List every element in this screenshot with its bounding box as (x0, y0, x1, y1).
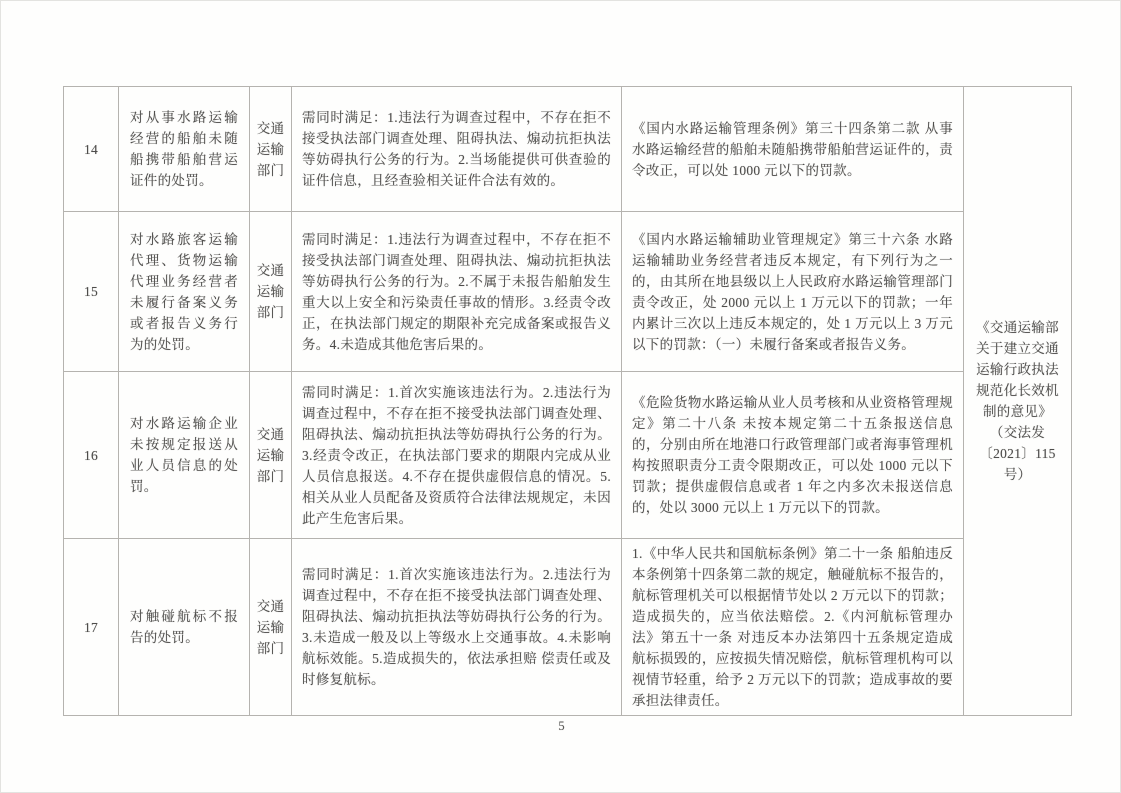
table-row: 16 对水路运输企业未按规定报送从业人员信息的处罚。 交通运输部门 需同时满足：… (64, 372, 1072, 539)
row-conditions: 需同时满足：1.首次实施该违法行为。2.违法行为调查过程中，不存在拒不接受执法部… (292, 372, 622, 539)
row-department: 交通运输部门 (250, 87, 292, 212)
penalty-table: 14 对从事水路运输经营的船舶未随船携带船舶营运证件的处罚。 交通运输部门 需同… (63, 86, 1072, 716)
table-row: 14 对从事水路运输经营的船舶未随船携带船舶营运证件的处罚。 交通运输部门 需同… (64, 87, 1072, 212)
row-basis: 《国内水路运输管理条例》第三十四条第二款 从事水路运输经营的船舶未随船携带船舶营… (622, 87, 964, 212)
row-conditions: 需同时满足：1.违法行为调查过程中，不存在拒不接受执法部门调查处理、阻碍执法、煽… (292, 87, 622, 212)
row-conditions: 需同时满足：1.违法行为调查过程中，不存在拒不接受执法部门调查处理、阻碍执法、煽… (292, 212, 622, 372)
row-item: 对从事水路运输经营的船舶未随船携带船舶营运证件的处罚。 (119, 87, 250, 212)
row-item: 对触碰航标不报告的处罚。 (119, 539, 250, 716)
row-item: 对水路运输企业未按规定报送从业人员信息的处罚。 (119, 372, 250, 539)
row-seq: 15 (64, 212, 119, 372)
row-seq: 16 (64, 372, 119, 539)
row-basis: 《国内水路运输辅助业管理规定》第三十六条 水路运输辅助业务经营者违反本规定，有下… (622, 212, 964, 372)
page-number: 5 (1, 719, 1121, 734)
row-seq: 14 (64, 87, 119, 212)
scanned-document-page: 14 对从事水路运输经营的船舶未随船携带船舶营运证件的处罚。 交通运输部门 需同… (0, 0, 1121, 793)
row-item: 对水路旅客运输代理、货物运输代理业务经营者未履行备案义务或者报告义务行为的处罚。 (119, 212, 250, 372)
remark-cell: 《交通运输部关于建立交通运输行政执法规范化长效机制的意见》（交法发〔2021〕1… (964, 87, 1072, 716)
row-department: 交通运输部门 (250, 372, 292, 539)
row-conditions: 需同时满足：1.首次实施该违法行为。2.违法行为调查过程中，不存在拒不接受执法部… (292, 539, 622, 716)
row-basis: 1.《中华人民共和国航标条例》第二十一条 船舶违反本条例第十四条第二款的规定，触… (622, 539, 964, 716)
row-basis: 《危险货物水路运输从业人员考核和从业资格管理规定》第二十八条 未按本规定第二十五… (622, 372, 964, 539)
table-row: 17 对触碰航标不报告的处罚。 交通运输部门 需同时满足：1.首次实施该违法行为… (64, 539, 1072, 716)
row-seq: 17 (64, 539, 119, 716)
table-row: 15 对水路旅客运输代理、货物运输代理业务经营者未履行备案义务或者报告义务行为的… (64, 212, 1072, 372)
row-department: 交通运输部门 (250, 212, 292, 372)
row-department: 交通运输部门 (250, 539, 292, 716)
